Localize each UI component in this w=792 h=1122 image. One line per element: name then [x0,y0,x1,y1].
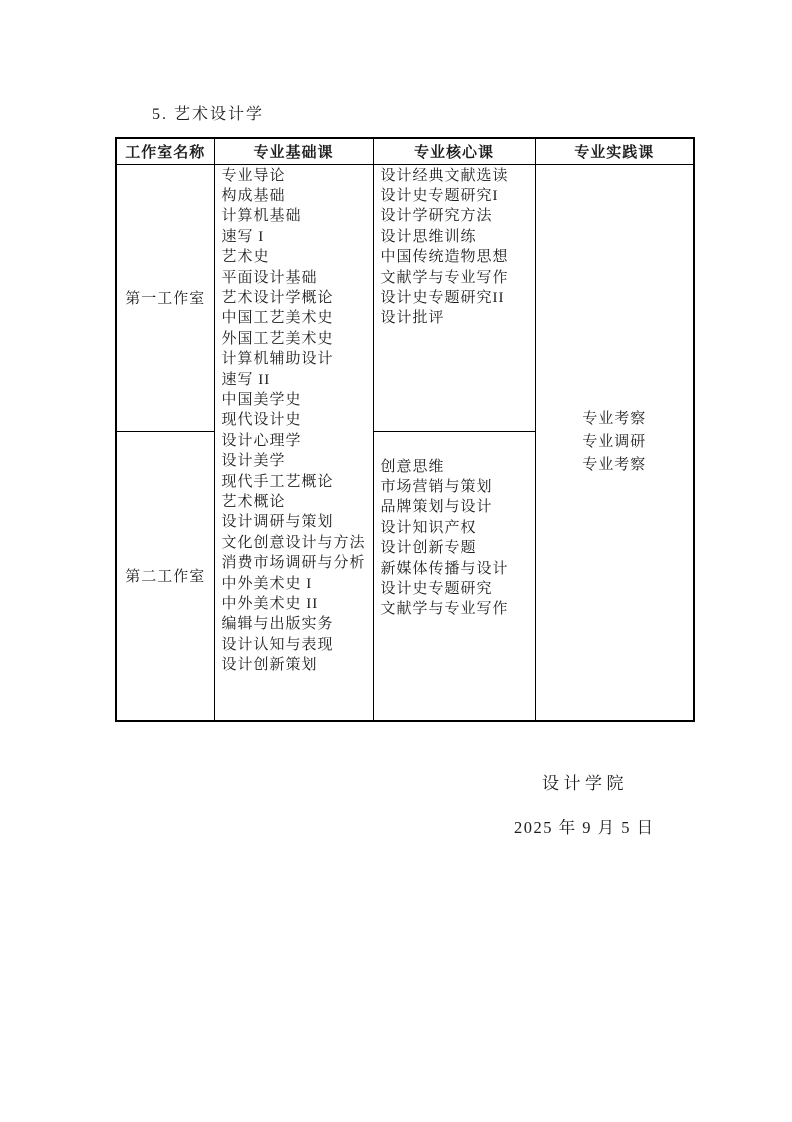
core-courses-studio-2-cell: 创意思维市场营销与策划品牌策划与设计设计知识产权设计创新专题新媒体传播与设计设计… [373,431,535,721]
course-item: 计算机辅助设计 [222,349,369,369]
course-item: 艺术概论 [222,492,369,512]
course-item: 艺术史 [222,247,369,267]
course-item: 设计史专题研究I [381,186,531,206]
course-item: 设计创新策划 [222,655,369,675]
course-item: 构成基础 [222,186,369,206]
table-header-row: 工作室名称 专业基础课 专业核心课 专业实践课 [116,138,694,164]
basic-courses-cell: 专业导论构成基础计算机基础速写 I艺术史平面设计基础艺术设计学概论中国工艺美术史… [214,164,373,721]
core-courses-studio-1-cell: 设计经典文献选读设计史专题研究I设计学研究方法设计思维训练中国传统造物思想文献学… [373,164,535,431]
course-item: 设计心理学 [222,431,369,451]
course-item: 专业考察 [536,408,694,431]
course-item: 外国工艺美术史 [222,329,369,349]
studio-1-name-cell: 第一工作室 [116,164,214,431]
course-item: 设计史专题研究II [381,288,531,308]
course-item: 中国工艺美术史 [222,308,369,328]
course-item: 设计知识产权 [381,518,531,538]
course-item: 设计史专题研究 [381,579,531,599]
course-table: 工作室名称 专业基础课 专业核心课 专业实践课 第一工作室 专业导论构成基础计算… [115,137,695,722]
course-item: 设计调研与策划 [222,512,369,532]
course-item: 设计美学 [222,451,369,471]
course-item: 创意思维 [381,457,531,477]
course-item: 速写 I [222,227,369,247]
course-item: 设计思维训练 [381,227,531,247]
course-item: 编辑与出版实务 [222,614,369,634]
column-header-core-courses: 专业核心课 [373,138,535,164]
course-item: 文献学与专业写作 [381,268,531,288]
course-item: 现代设计史 [222,410,369,430]
column-header-practice-courses: 专业实践课 [535,138,694,164]
course-item: 平面设计基础 [222,268,369,288]
course-item: 设计批评 [381,308,531,328]
document-page: 5. 艺术设计学 工作室名称 专业基础课 专业核心课 专业实践课 第一工作室 专… [0,0,792,1122]
course-item: 专业导论 [222,166,369,186]
course-item: 专业调研 [536,431,694,454]
course-item: 设计认知与表现 [222,635,369,655]
course-item: 中外美术史 II [222,594,369,614]
course-item: 设计学研究方法 [381,206,531,226]
studio-1-row: 第一工作室 专业导论构成基础计算机基础速写 I艺术史平面设计基础艺术设计学概论中… [116,164,694,431]
practice-courses-cell: 专业考察专业调研专业考察 [535,164,694,721]
section-title: 5. 艺术设计学 [152,101,264,124]
course-item: 现代手工艺概论 [222,472,369,492]
course-item: 专业考察 [536,454,694,477]
signature-date: 2025 年 9 月 5 日 [514,814,655,838]
signature: 设计学院 [542,769,628,794]
course-item: 文化创意设计与方法 [222,533,369,553]
course-item: 新媒体传播与设计 [381,559,531,579]
course-item: 中国美学史 [222,390,369,410]
column-header-basic-courses: 专业基础课 [214,138,373,164]
column-header-studio-name: 工作室名称 [116,138,214,164]
course-item: 消费市场调研与分析 [222,553,369,573]
course-item: 艺术设计学概论 [222,288,369,308]
course-item: 中外美术史 I [222,574,369,594]
course-item: 设计创新专题 [381,538,531,558]
course-item: 文献学与专业写作 [381,599,531,619]
course-item: 设计经典文献选读 [381,166,531,186]
course-item: 计算机基础 [222,206,369,226]
course-item: 中国传统造物思想 [381,247,531,267]
studio-2-name-cell: 第二工作室 [116,431,214,721]
course-item: 品牌策划与设计 [381,497,531,517]
course-item: 速写 II [222,370,369,390]
course-item: 市场营销与策划 [381,477,531,497]
